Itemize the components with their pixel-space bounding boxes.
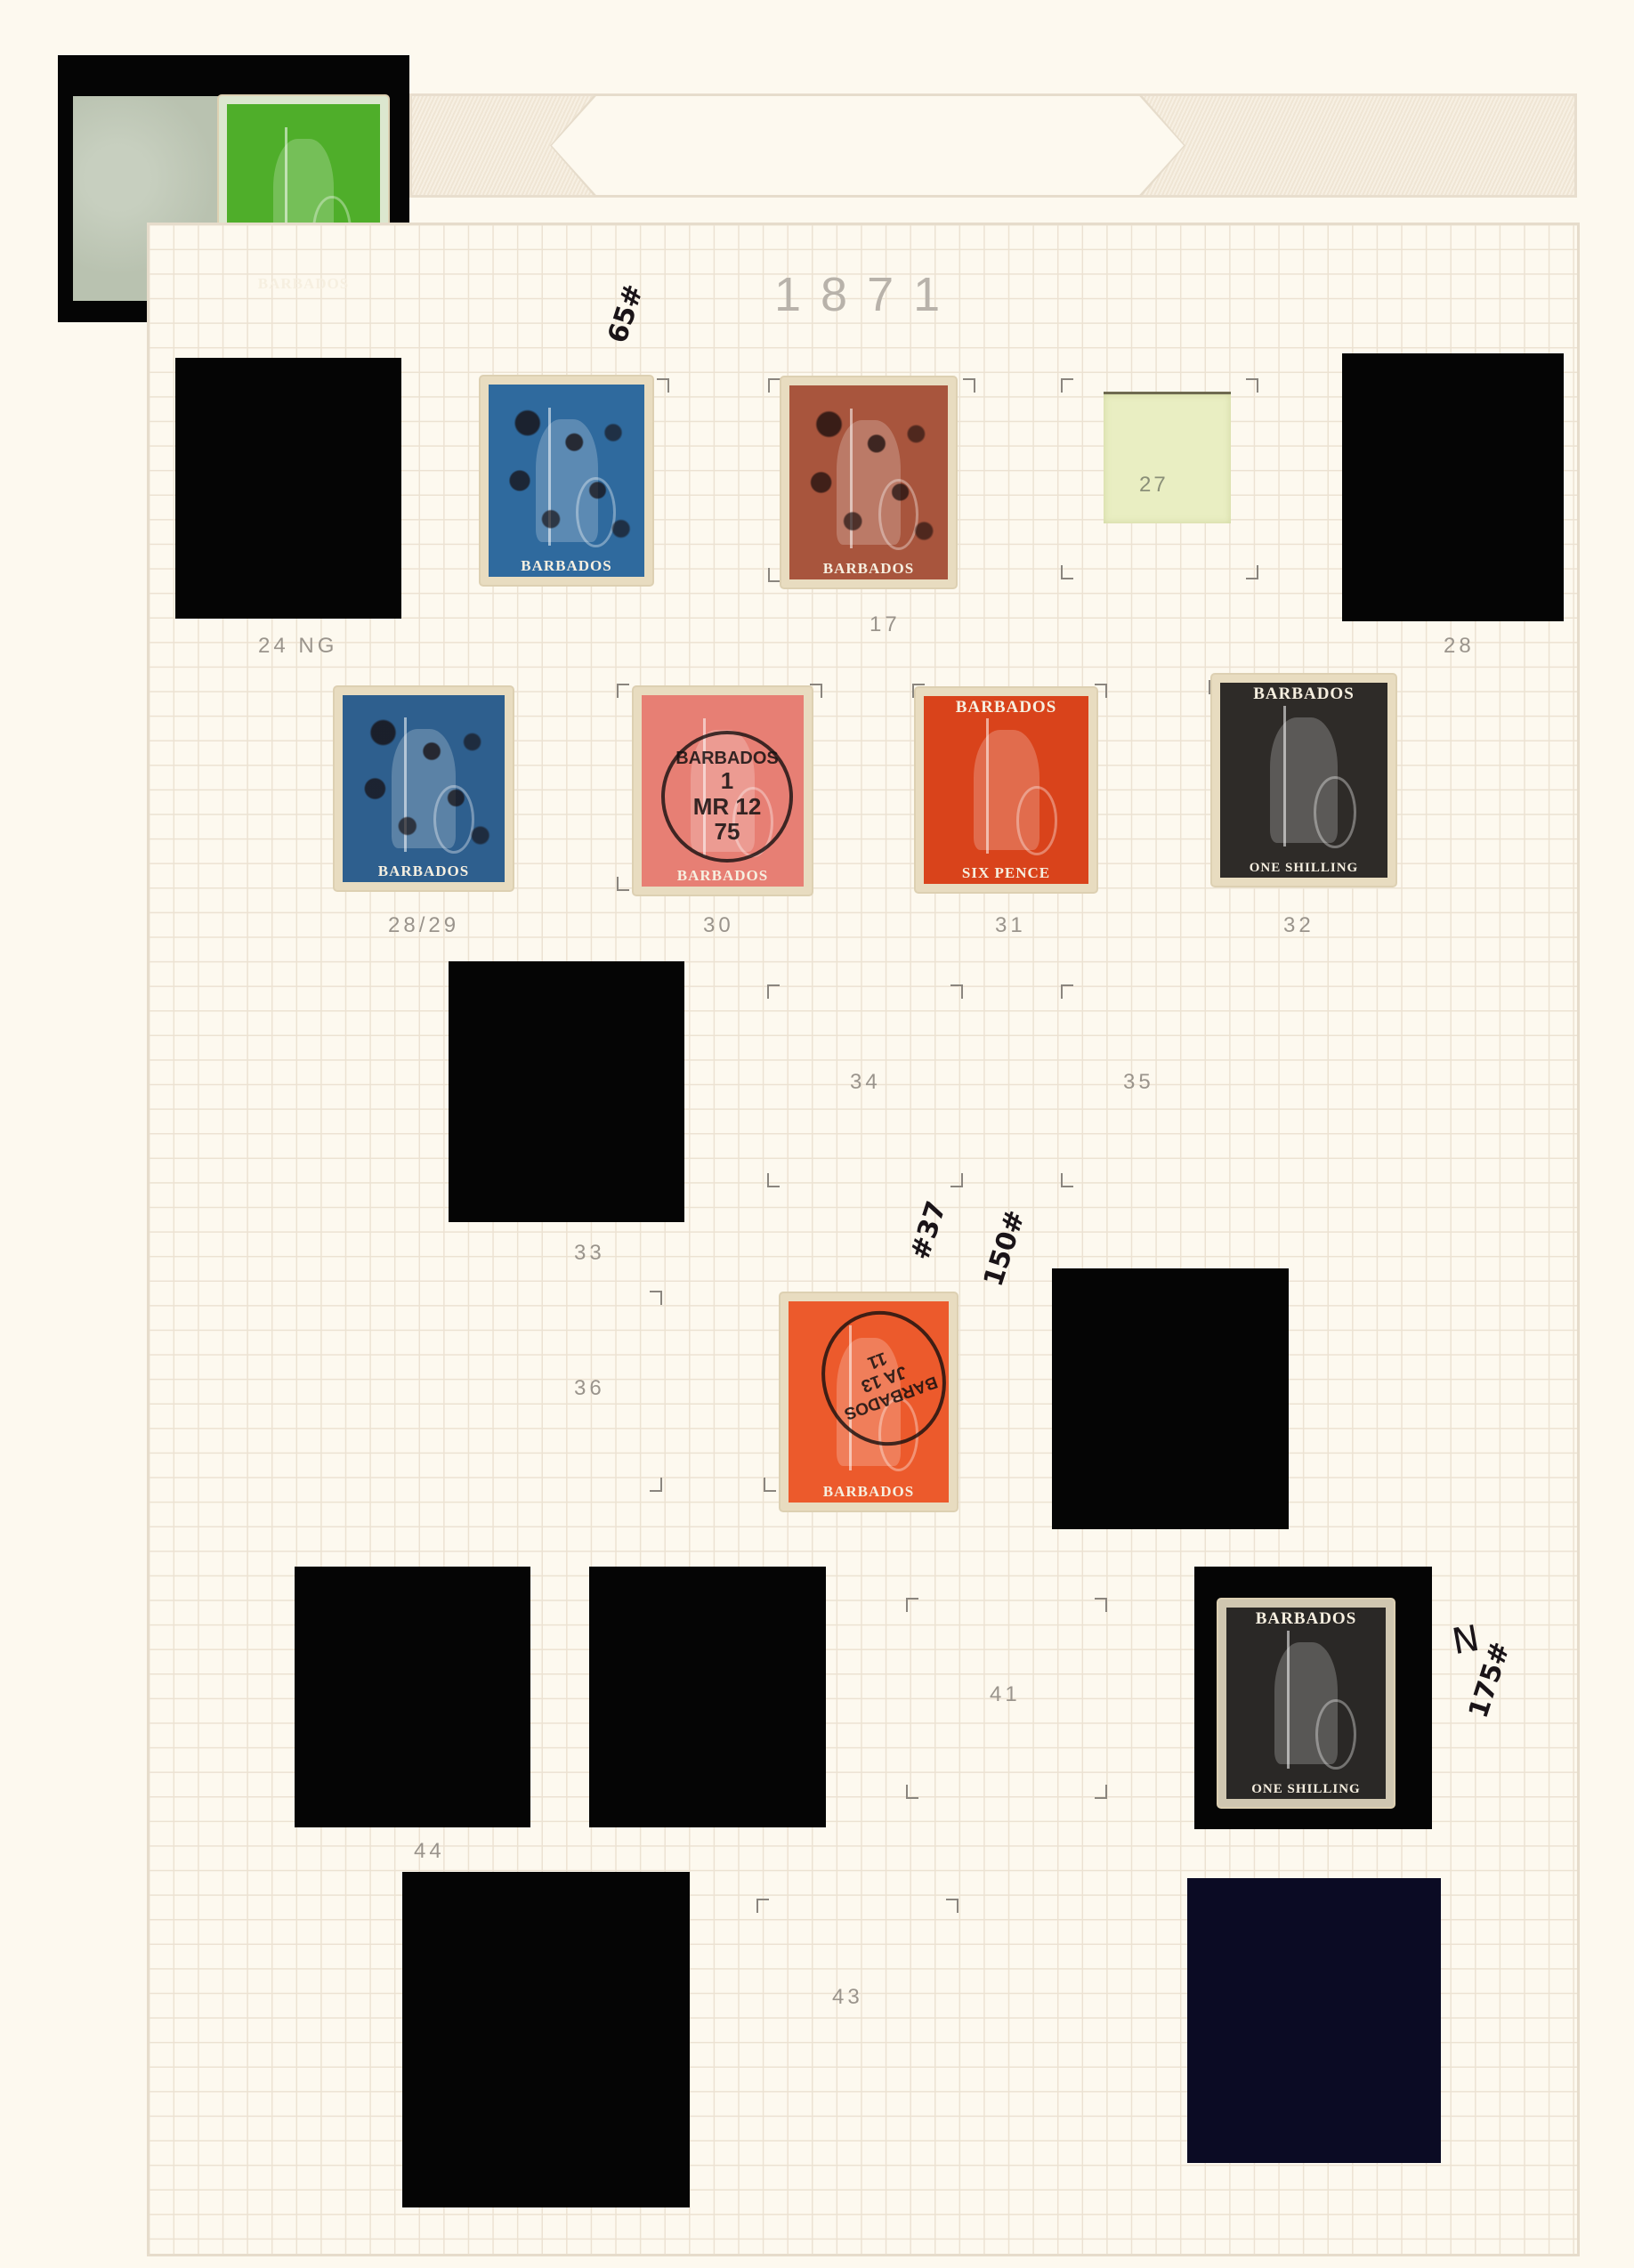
label-31: 31 <box>995 913 1026 938</box>
label-41: 41 <box>990 1682 1021 1707</box>
label-36: 36 <box>574 1376 605 1401</box>
label-33: 33 <box>574 1241 605 1266</box>
corner-mark <box>1061 565 1073 579</box>
empty-mount-24[interactable] <box>175 358 401 619</box>
note-slip-text: 27 <box>1139 473 1169 498</box>
corner-mark <box>767 1173 780 1187</box>
corner-mark <box>950 1173 963 1187</box>
label-17: 17 <box>870 612 901 637</box>
postmark-date: MR 12 <box>693 794 762 820</box>
corner-mark <box>1061 1173 1073 1187</box>
empty-mount-28[interactable] <box>1342 353 1564 621</box>
empty-mount-44b[interactable] <box>589 1567 826 1827</box>
corner-mark <box>1246 378 1258 393</box>
corner-mark <box>1095 684 1107 698</box>
label-34: 34 <box>850 1070 881 1095</box>
label-28: 28 <box>1444 634 1475 659</box>
page-header-banner <box>409 93 1577 198</box>
stamp-brown-britannia[interactable]: BARBADOS <box>781 377 956 587</box>
corner-mark <box>1061 984 1073 999</box>
title-cartouche <box>552 96 1184 195</box>
corner-mark <box>756 1899 769 1913</box>
corner-mark <box>768 378 781 393</box>
corner-mark <box>617 877 629 891</box>
postmark-text: 1 <box>721 768 733 794</box>
stamp-value-text: ONE SHILLING <box>1251 1780 1360 1799</box>
stamp-country-text: BARBADOS <box>823 1481 914 1503</box>
stamp-country-text: BARBADOS <box>1253 683 1355 706</box>
corner-mark <box>946 1899 959 1913</box>
corner-mark <box>617 684 629 698</box>
corner-mark <box>657 378 669 393</box>
stamp-value-text: SIX PENCE <box>962 863 1050 884</box>
corner-mark <box>1061 378 1073 393</box>
postmark-year: 75 <box>715 819 740 845</box>
corner-mark <box>1095 1785 1107 1799</box>
barbados-cds-postmark: BARBADOS 1 MR 12 75 <box>661 731 793 863</box>
dot-cancel <box>343 695 505 882</box>
label-35: 35 <box>1123 1070 1154 1095</box>
corner-mark <box>1095 1598 1107 1612</box>
label-24-ng: 24 NG <box>258 634 337 659</box>
glassine-note-slip: 27 <box>1104 392 1231 523</box>
stamp-country-text: BARBADOS <box>1256 1608 1357 1631</box>
corner-mark <box>906 1785 918 1799</box>
label-30: 30 <box>703 913 734 938</box>
stamp-blue-britannia[interactable]: BARBADOS <box>481 377 652 585</box>
stamp-orange-six-pence[interactable]: BARBADOS SIX PENCE <box>916 688 1096 892</box>
empty-mount-44a[interactable] <box>295 1567 530 1827</box>
corner-mark <box>950 984 963 999</box>
page-title: 1871 <box>774 267 959 322</box>
corner-mark <box>1246 565 1258 579</box>
corner-mark <box>810 684 822 698</box>
stamp-country-text: BARBADOS <box>258 273 349 295</box>
label-32: 32 <box>1283 913 1314 938</box>
postmark-text: BARBADOS <box>675 749 779 768</box>
corner-mark <box>650 1291 662 1305</box>
barbados-cds-postmark: BARBADOS JA 13 11 <box>803 1301 949 1463</box>
label-43: 43 <box>832 1985 863 2010</box>
empty-mount-33[interactable] <box>449 961 684 1222</box>
label-44: 44 <box>414 1839 445 1864</box>
dot-cancel <box>789 385 948 579</box>
stamp-orange-britannia-37[interactable]: BARBADOS JA 13 11 BARBADOS <box>781 1293 957 1511</box>
empty-mount-43a[interactable] <box>402 1872 690 2207</box>
stamp-black-one-shilling-mint[interactable]: BARBADOS ONE SHILLING <box>1218 1600 1394 1807</box>
corner-mark <box>906 1598 918 1612</box>
stamp-country-text: BARBADOS <box>956 696 1057 719</box>
corner-mark <box>768 568 781 582</box>
stamp-country-text: BARBADOS <box>677 865 768 887</box>
corner-mark <box>764 1478 776 1492</box>
stamp-value-text: ONE SHILLING <box>1250 859 1358 878</box>
stamp-rose-britannia[interactable]: BARBADOS 1 MR 12 75 BARBADOS <box>634 687 812 895</box>
dot-cancel <box>489 385 644 577</box>
label-28-29: 28/29 <box>388 913 459 938</box>
corner-mark <box>963 378 975 393</box>
corner-mark <box>650 1478 662 1492</box>
empty-mount-navy[interactable] <box>1187 1878 1441 2163</box>
empty-mount-37b[interactable] <box>1052 1268 1289 1529</box>
stamp-black-one-shilling[interactable]: BARBADOS ONE SHILLING <box>1212 675 1395 886</box>
corner-mark <box>767 984 780 999</box>
stamp-blue-britannia-29[interactable]: BARBADOS <box>335 687 513 890</box>
